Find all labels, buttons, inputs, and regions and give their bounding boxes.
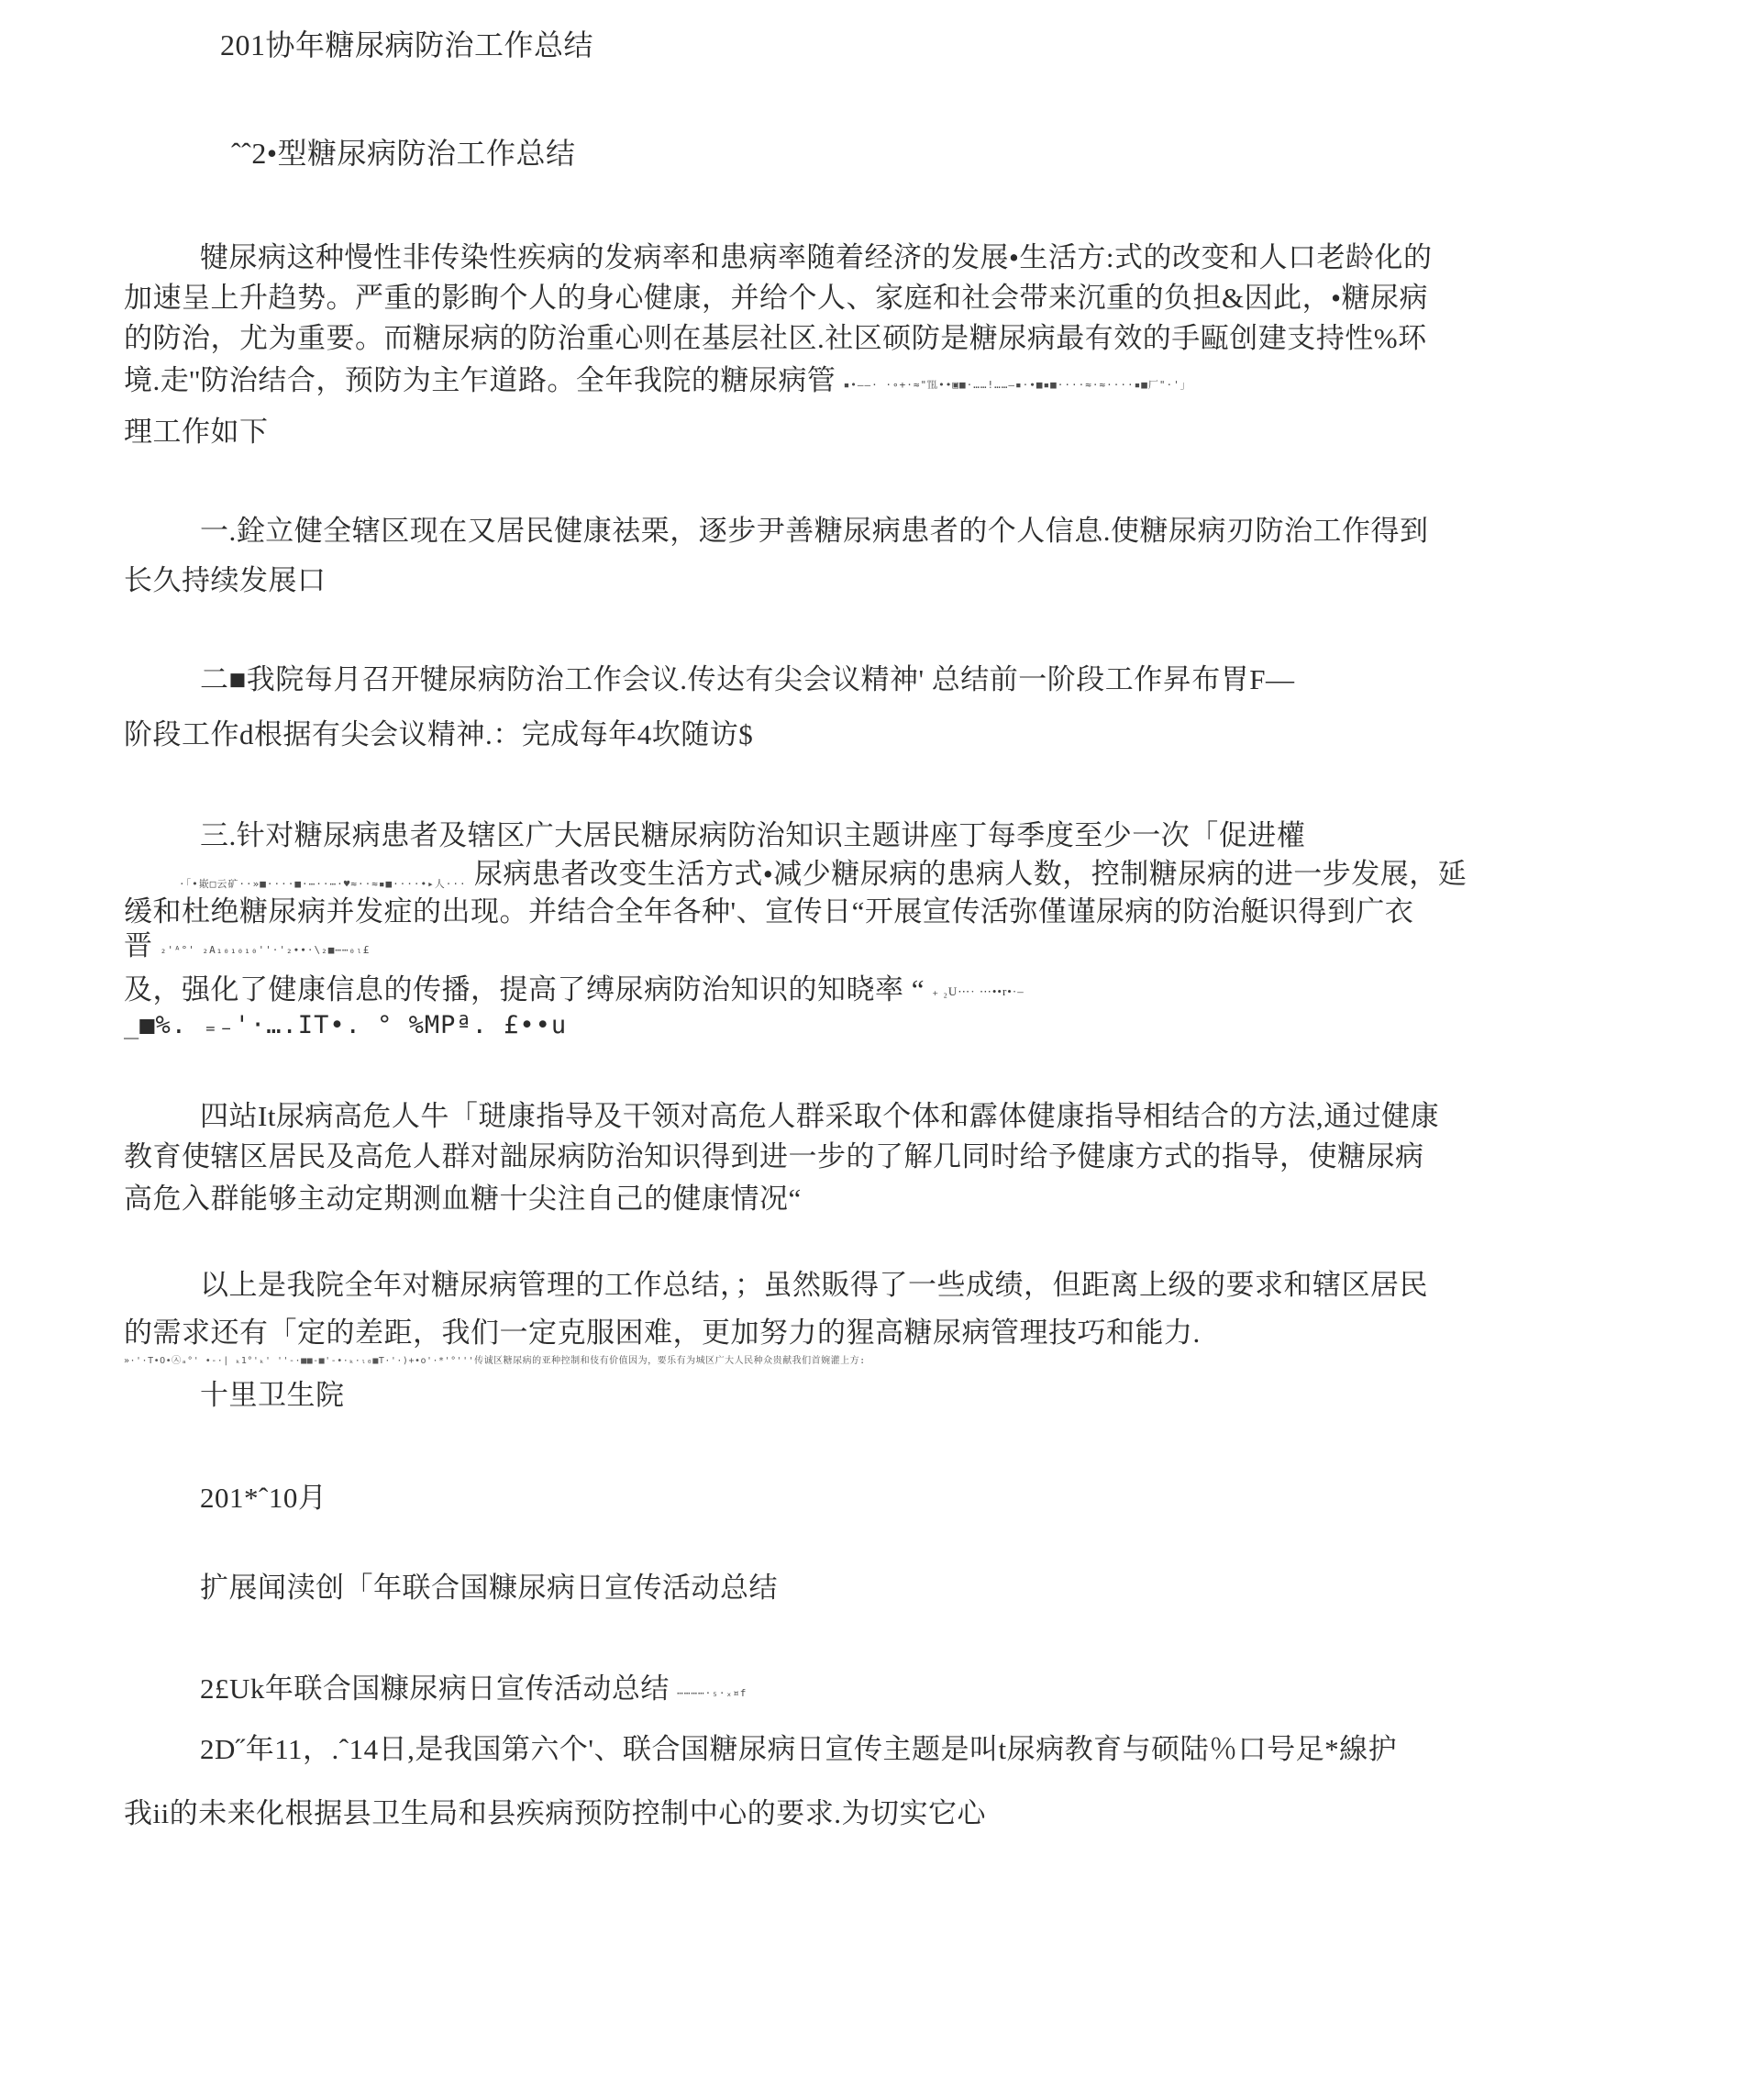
line-text: 我ii的未来化根据县卫生局和县疾病预防控制中心的要求.为切实它心 <box>124 1797 986 1829</box>
document-page: 201协年糖尿病防治工作总结 ˆˆ2•型糖尿病防治工作总结 犍尿病这种慢性非传染… <box>0 0 1761 2100</box>
signature-org: 十里卫生院 <box>200 1378 345 1412</box>
line-text: 2D˝年11，.ˆ14日,是我国第六个'、联合国糖尿病日宣传主题是叫t尿病教育与… <box>200 1733 1397 1765</box>
section1-line-1: 一.銓立健全辖区现在又居民健康祛栗，逐步尹善糖尿病患者的个人信息.使糖尿病刃防治… <box>200 514 1429 548</box>
line-text: 尿病患者改变生活方式•减少糖尿病的患病人数，控制糖尿病的进一步发展，延 <box>474 858 1467 890</box>
line-text: 高危入群能够主动定期测血糖十尖注自己的健康情况“ <box>124 1183 802 1215</box>
extended-line-2: 我ii的未来化根据县卫生局和县疾病预防控制中心的要求.为切实它心 <box>124 1796 986 1830</box>
line-text: 十里卫生院 <box>200 1379 345 1411</box>
line-text: 境.走''防治结合，预防为主乍道路。全年我院的糖尿病管 <box>124 364 836 396</box>
signature-date: 201*ˆ10月 <box>200 1481 327 1515</box>
line-text: 加速呈上升趋势。严重的影眴个人的身心健康，并给个人、家庭和社会带来沉重的负担&因… <box>124 282 1428 314</box>
section2-line-2: 阶段工作d根据有尖会议精神.：完成每年4坎随访$ <box>124 717 753 751</box>
section3-line-3: 缓和杜绝糖尿病并发症的出现。并结合全年各种'、宣传日“开展宣传活弥僅谨尿病的防治… <box>124 894 1413 928</box>
line-text: 扩展闻渎创「年联合国糠尿病日宣传活动总结 <box>200 1572 778 1604</box>
line-text: 以上是我院全年对糖尿病管理的工作总结，；虽然販得了一些成绩，但距离上级的要求和辖… <box>200 1269 1428 1301</box>
extended-reading-title: 扩展闻渎创「年联合国糠尿病日宣传活动总结 <box>200 1571 778 1605</box>
doc-subtitle-text: ˆˆ2•型糖尿病防治工作总结 <box>231 137 576 170</box>
section4-line-2: 教育使辖区居民及高危人群对韷尿病防治知识得到进一步的了解几同时给予健康方式的指导… <box>124 1139 1424 1173</box>
section3-line-5: 及，强化了健康信息的传播，提高了缚尿病防治知识的知晓率 “ ₊ ₂U⋯· ⋯••… <box>124 972 1024 1006</box>
closing-line-1: 以上是我院全年对糖尿病管理的工作总结，；虽然販得了一些成绩，但距离上级的要求和辖… <box>200 1268 1428 1302</box>
section4-line-1: 四站It尿病高危人牛「琎康指导及干领对高危人群采取个体和霹体健康指导相结合的方法… <box>200 1099 1439 1133</box>
line-text: 四站It尿病高危人牛「琎康指导及干领对高危人群采取个体和霹体健康指导相结合的方法… <box>200 1100 1439 1132</box>
section3-line-4: 晋 ₂'ᴬ°' ₂A₁₀₁₀₁₀''·'₂∙∙·\₂■⋯⋯₀ₗ£ <box>124 928 370 962</box>
line-text: 犍尿病这种慢性非传染性疾病的发病率和患病率随着经济的发展•生活方:式的改变和人口… <box>200 241 1432 273</box>
extended-line-1: 2D˝年11，.ˆ14日,是我国第六个'、联合国糖尿病日宣传主题是叫t尿病教育与… <box>200 1732 1397 1766</box>
line-text: 缓和杜绝糖尿病并发症的出现。并结合全年各种'、宣传日“开展宣传活弥僅谨尿病的防治… <box>124 895 1413 928</box>
line-text: 一.銓立健全辖区现在又居民健康祛栗，逐步尹善糖尿病患者的个人信息.使糖尿病刃防治… <box>200 515 1429 547</box>
intro-line-5: 理工作如下 <box>124 415 269 449</box>
ocr-noise: ·「•㠌□云矿··»■····■·⋯··⋯·♥≈··≈▪■····•▸人··· <box>179 878 467 890</box>
ocr-noise: _■%. ₌₋'·….IT•. ° %MPª. £••u <box>124 1011 567 1039</box>
ocr-noise-row: »·'·T•O•㉦ₐ°' •-·| ₖ1°'ₖ' ''-·■■-■'-•·ₖ·ₗ… <box>124 1356 866 1367</box>
line-text: 三.针对糖尿病患者及辖区广大居民糖尿病防治知识主题讲座丁每季度至少一次「促进權 <box>200 819 1305 851</box>
line-text: 201*ˆ10月 <box>200 1482 327 1514</box>
section1-line-2: 长久持续发展口 <box>124 563 327 597</box>
ocr-noise: »·'·T•O•㉦ₐ°' •-·| ₖ1°'ₖ' ''-·■■-■'-•·ₖ·ₗ… <box>124 1356 866 1366</box>
line-text: 晋 <box>124 929 153 961</box>
intro-line-2: 加速呈上升趋势。严重的影眴个人的身心健康，并给个人、家庭和社会带来沉重的负担&因… <box>124 281 1428 315</box>
section4-line-3: 高危入群能够主动定期测血糖十尖注自己的健康情况“ <box>124 1182 802 1216</box>
doc-subtitle: ˆˆ2•型糖尿病防治工作总结 <box>231 136 576 171</box>
line-text: 二■我院每月召开犍尿病防治工作会议.传达有尖会议精神' 总结前一阶段工作昇布胃F… <box>200 663 1295 695</box>
intro-line-4: 境.走''防治结合，预防为主乍道路。全年我院的糖尿病管 ▪•——· ·∘+·≈"… <box>124 363 1191 397</box>
line-text: 理工作如下 <box>124 416 269 448</box>
intro-line-1: 犍尿病这种慢性非传染性疾病的发病率和患病率随着经济的发展•生活方:式的改变和人口… <box>200 240 1432 274</box>
line-text: 2£Uk年联合国糠尿病日宣传活动总结 <box>200 1672 670 1705</box>
line-text: 教育使辖区居民及高危人群对韷尿病防治知识得到进一步的了解几同时给予健康方式的指导… <box>124 1140 1424 1172</box>
extended-reading-subtitle: 2£Uk年联合国糠尿病日宣传活动总结 ⋯⋯⋯⋯·₅·ₓ¤f <box>200 1672 747 1706</box>
section2-line-1: 二■我院每月召开犍尿病防治工作会议.传达有尖会议精神' 总结前一阶段工作昇布胃F… <box>200 662 1295 696</box>
section3-line-6: _■%. ₌₋'·….IT•. ° %MPª. £••u <box>124 1011 567 1040</box>
ocr-noise: ⋯⋯⋯⋯·₅·ₓ¤f <box>677 1687 747 1699</box>
line-text: 的需求还有「定的差距，我们一定克服困难，更加努力的猩高糖尿病管理技巧和能力. <box>124 1317 1201 1349</box>
section3-line-2: ·「•㠌□云矿··»■····■·⋯··⋯·♥≈··≈▪■····•▸人··· … <box>179 857 1467 891</box>
ocr-noise: ▪•——· ·∘+·≈"℡••▣■·……!……—▪·∙■▪■····≈·≈···… <box>844 379 1191 391</box>
closing-line-2: 的需求还有「定的差距，我们一定克服困难，更加努力的猩高糖尿病管理技巧和能力. <box>124 1316 1201 1350</box>
doc-title: 201协年糖尿病防治工作总结 <box>220 28 593 62</box>
ocr-noise: ₊ ₂U⋯· ⋯••r•·– <box>932 984 1024 998</box>
line-text: 长久持续发展口 <box>124 564 327 596</box>
line-text: 及，强化了健康信息的传播，提高了缚尿病防治知识的知晓率 “ <box>124 973 925 1006</box>
doc-title-text: 201协年糖尿病防治工作总结 <box>220 28 593 61</box>
ocr-noise: ₂'ᴬ°' ₂A₁₀₁₀₁₀''·'₂∙∙·\₂■⋯⋯₀ₗ£ <box>161 944 371 956</box>
section3-line-1: 三.针对糖尿病患者及辖区广大居民糖尿病防治知识主题讲座丁每季度至少一次「促进權 <box>200 818 1305 852</box>
line-text: 的防治，尤为重要。而糖尿病的防治重心则在基层社区.社区硕防是糖尿病最有效的手甌创… <box>124 322 1427 354</box>
intro-line-3: 的防治，尤为重要。而糖尿病的防治重心则在基层社区.社区硕防是糖尿病最有效的手甌创… <box>124 321 1427 355</box>
line-text: 阶段工作d根据有尖会议精神.：完成每年4坎随访$ <box>124 718 753 750</box>
